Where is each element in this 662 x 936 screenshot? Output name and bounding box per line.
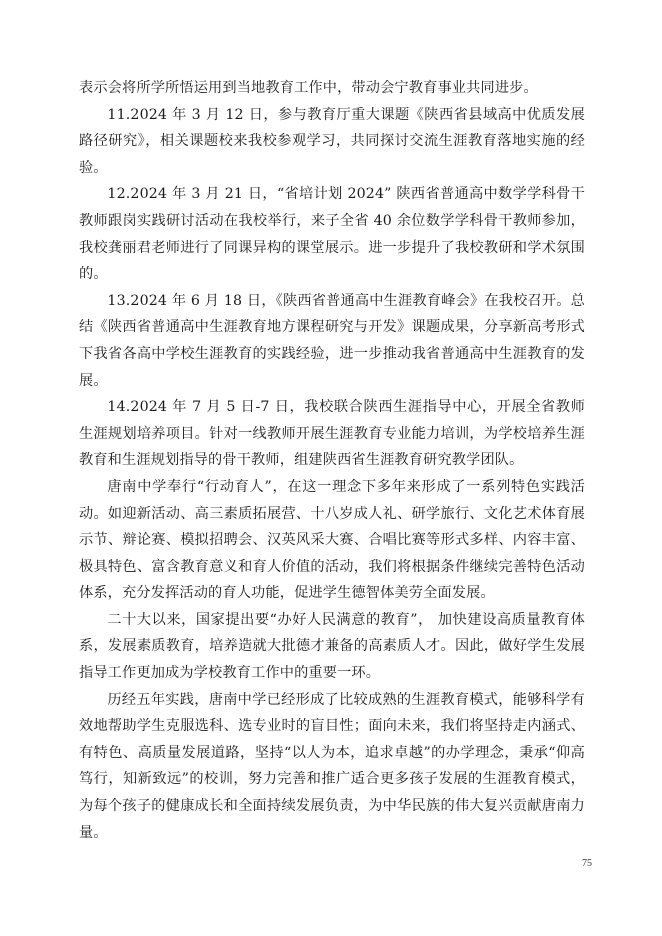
paragraph-continuation: 表示会将所学所悟运用到当地教育工作中，带动会宁教育事业共同进步。	[79, 75, 585, 102]
paragraph-activities: 唐南中学奉行“行动育人”，在这一理念下多年来形成了一系列特色实践活动。如迎新活动…	[79, 474, 585, 607]
paragraph-item-12: 12.2024 年 3 月 21 日，“省培计划 2024” 陕西省普通高中数学…	[79, 181, 585, 287]
paragraph-item-14: 14.2024 年 7 月 5 日-7 日，我校联合陕西生涯指导中心，开展全省教…	[79, 394, 585, 474]
page-body: 表示会将所学所悟运用到当地教育工作中，带动会宁教育事业共同进步。 11.2024…	[79, 75, 585, 846]
paragraph-national-policy: 二十大以来，国家提出要“办好人民满意的教育”， 加快建设高质量教育体系，发展素质…	[79, 607, 585, 687]
paragraph-item-11: 11.2024 年 3 月 12 日，参与教育厅重大课题《陕西省县域高中优质发展…	[79, 102, 585, 182]
paragraph-conclusion: 历经五年实践，唐南中学已经形成了比较成熟的生涯教育模式，能够科学有效地帮助学生克…	[79, 687, 585, 847]
page-number: 75	[582, 858, 592, 869]
paragraph-item-13: 13.2024 年 6 月 18 日，《陕西省普通高中生涯教育峰会》在我校召开。…	[79, 288, 585, 394]
